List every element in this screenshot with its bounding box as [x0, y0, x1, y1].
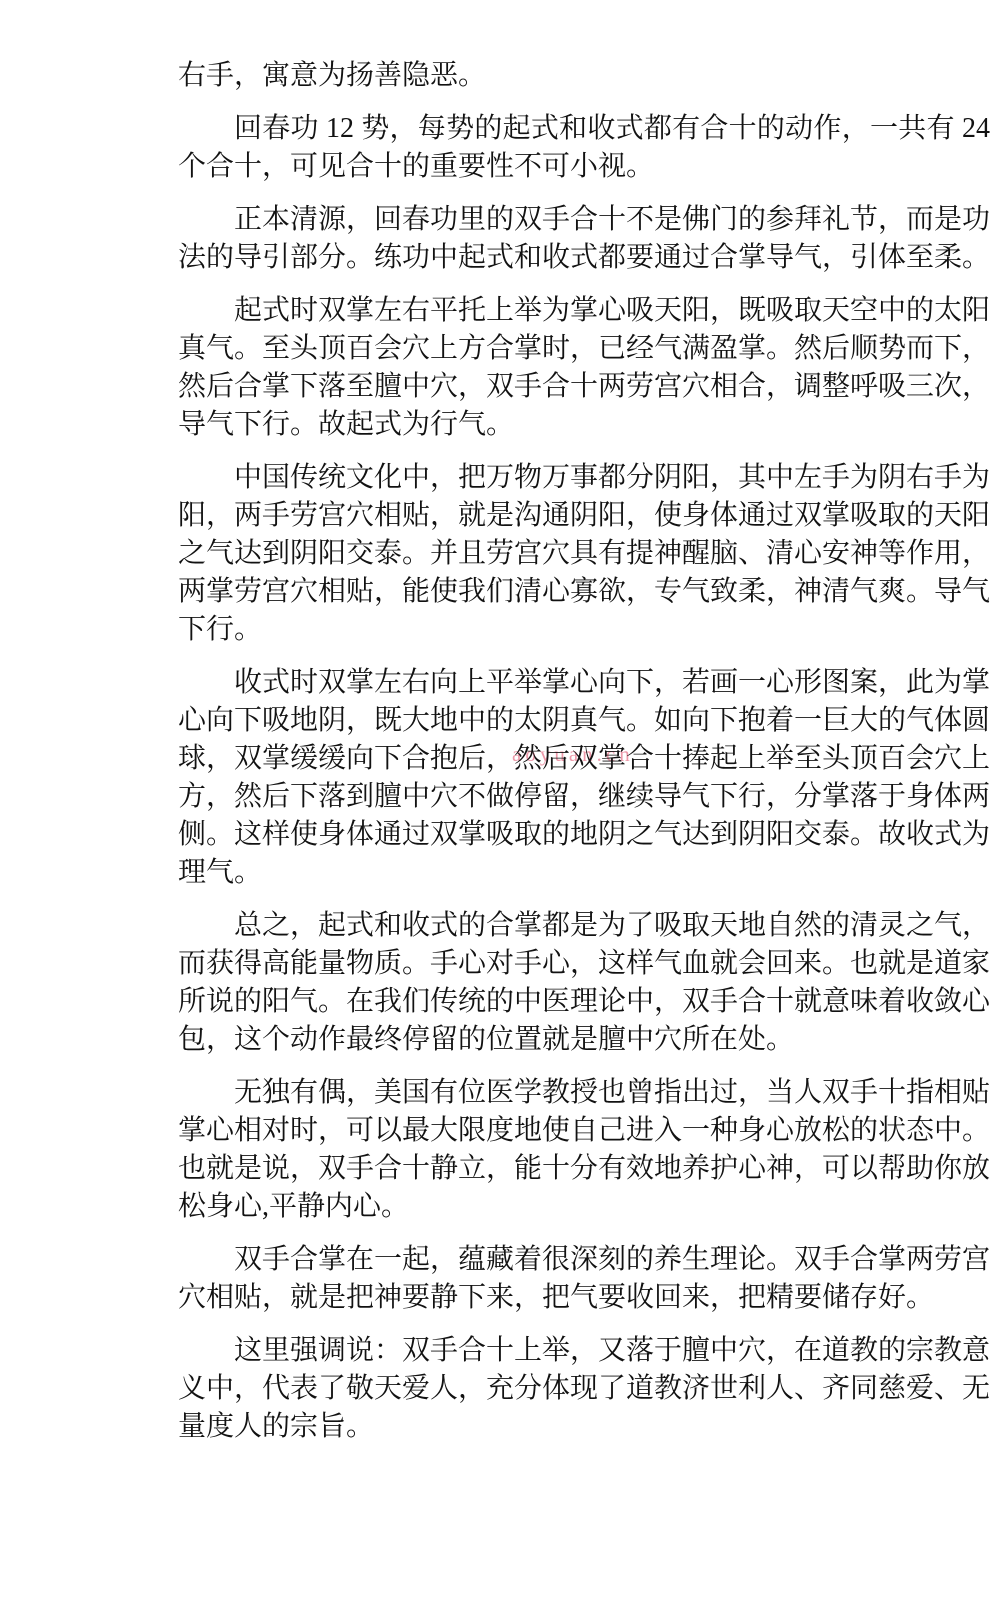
paragraph: 双手合掌在一起，蕴藏着很深刻的养生理论。双手合掌两劳宫穴相贴，就是把神要静下来，… — [178, 1241, 990, 1317]
paragraph: 这里强调说：双手合十上举，又落于膻中穴，在道教的宗教意义中，代表了敬天爱人，充分… — [178, 1332, 990, 1446]
text-line: 无独有偶，美国有位医学教授也曾指出过，当人双手十指相贴 — [178, 1074, 990, 1112]
text-line: 两掌劳宫穴相贴，能使我们清心寡欲，专气致柔，神清气爽。导气 — [178, 573, 990, 611]
text-line: 起式时双掌左右平托上举为掌心吸天阳，既吸取天空中的太阳 — [178, 292, 990, 330]
paragraph: 起式时双掌左右平托上举为掌心吸天阳，既吸取天空中的太阳真气。至头顶百会穴上方合掌… — [178, 292, 990, 444]
text-line: 中国传统文化中，把万物万事都分阴阳，其中左手为阴右手为 — [178, 459, 990, 497]
text-line: 这里强调说：双手合十上举，又落于膻中穴，在道教的宗教意 — [178, 1332, 990, 1370]
text-line: 包，这个动作最终停留的位置就是膻中穴所在处。 — [178, 1021, 990, 1059]
text-line: 下行。 — [178, 611, 990, 649]
text-line: 球，双掌缓缓向下合抱后，然后双掌合十捧起上举至头顶百会穴上 — [178, 740, 990, 778]
text-line: 右手，寓意为扬善隐恶。 — [178, 57, 990, 95]
text-line: 义中，代表了敬天爱人，充分体现了道教济世利人、齐同慈爱、无 — [178, 1370, 990, 1408]
text-line: 心向下吸地阴，既大地中的太阴真气。如向下抱着一巨大的气体圆 — [178, 702, 990, 740]
text-line: 双手合掌在一起，蕴藏着很深刻的养生理论。双手合掌两劳宫 — [178, 1241, 990, 1279]
text-line: 掌心相对时，可以最大限度地使自己进入一种身心放松的状态中。 — [178, 1112, 990, 1150]
document-page: aoyuan.cn 右手，寓意为扬善隐恶。回春功 12 势，每势的起式和收式都有… — [0, 0, 1000, 1599]
paragraph: 总之，起式和收式的合掌都是为了吸取天地自然的清灵之气，而获得高能量物质。手心对手… — [178, 907, 990, 1059]
text-line: 阳，两手劳宫穴相贴，就是沟通阴阳，使身体通过双掌吸取的天阳 — [178, 497, 990, 535]
text-line: 量度人的宗旨。 — [178, 1408, 990, 1446]
text-line: 回春功 12 势，每势的起式和收式都有合十的动作，一共有 24 — [178, 110, 990, 148]
text-line: 理气。 — [178, 854, 990, 892]
text-line: 方，然后下落到膻中穴不做停留，继续导气下行，分掌落于身体两 — [178, 778, 990, 816]
text-line: 收式时双掌左右向上平举掌心向下，若画一心形图案，此为掌 — [178, 664, 990, 702]
paragraph: 中国传统文化中，把万物万事都分阴阳，其中左手为阴右手为阳，两手劳宫穴相贴，就是沟… — [178, 459, 990, 649]
text-content: 右手，寓意为扬善隐恶。回春功 12 势，每势的起式和收式都有合十的动作，一共有 … — [178, 57, 990, 1461]
text-line: 法的导引部分。练功中起式和收式都要通过合掌导气，引体至柔。 — [178, 239, 990, 277]
paragraph: 回春功 12 势，每势的起式和收式都有合十的动作，一共有 24个合十，可见合十的… — [178, 110, 990, 186]
text-line: 松身心,平静内心。 — [178, 1188, 990, 1226]
text-line: 侧。这样使身体通过双掌吸取的地阴之气达到阴阳交泰。故收式为 — [178, 816, 990, 854]
text-line: 导气下行。故起式为行气。 — [178, 406, 990, 444]
text-line: 穴相贴，就是把神要静下来，把气要收回来，把精要储存好。 — [178, 1279, 990, 1317]
text-line: 之气达到阴阳交泰。并且劳宫穴具有提神醒脑、清心安神等作用， — [178, 535, 990, 573]
paragraph: 收式时双掌左右向上平举掌心向下，若画一心形图案，此为掌心向下吸地阴，既大地中的太… — [178, 664, 990, 892]
text-line: 正本清源，回春功里的双手合十不是佛门的参拜礼节，而是功 — [178, 201, 990, 239]
text-line: 总之，起式和收式的合掌都是为了吸取天地自然的清灵之气， — [178, 907, 990, 945]
text-line: 个合十，可见合十的重要性不可小视。 — [178, 148, 990, 186]
paragraph: 无独有偶，美国有位医学教授也曾指出过，当人双手十指相贴掌心相对时，可以最大限度地… — [178, 1074, 990, 1226]
paragraph: 右手，寓意为扬善隐恶。 — [178, 57, 990, 95]
text-line: 而获得高能量物质。手心对手心，这样气血就会回来。也就是道家 — [178, 945, 990, 983]
paragraph: 正本清源，回春功里的双手合十不是佛门的参拜礼节，而是功法的导引部分。练功中起式和… — [178, 201, 990, 277]
text-line: 所说的阳气。在我们传统的中医理论中，双手合十就意味着收敛心 — [178, 983, 990, 1021]
text-line: 然后合掌下落至膻中穴，双手合十两劳宫穴相合，调整呼吸三次， — [178, 368, 990, 406]
text-line: 真气。至头顶百会穴上方合掌时，已经气满盈掌。然后顺势而下， — [178, 330, 990, 368]
text-line: 也就是说，双手合十静立，能十分有效地养护心神，可以帮助你放 — [178, 1150, 990, 1188]
